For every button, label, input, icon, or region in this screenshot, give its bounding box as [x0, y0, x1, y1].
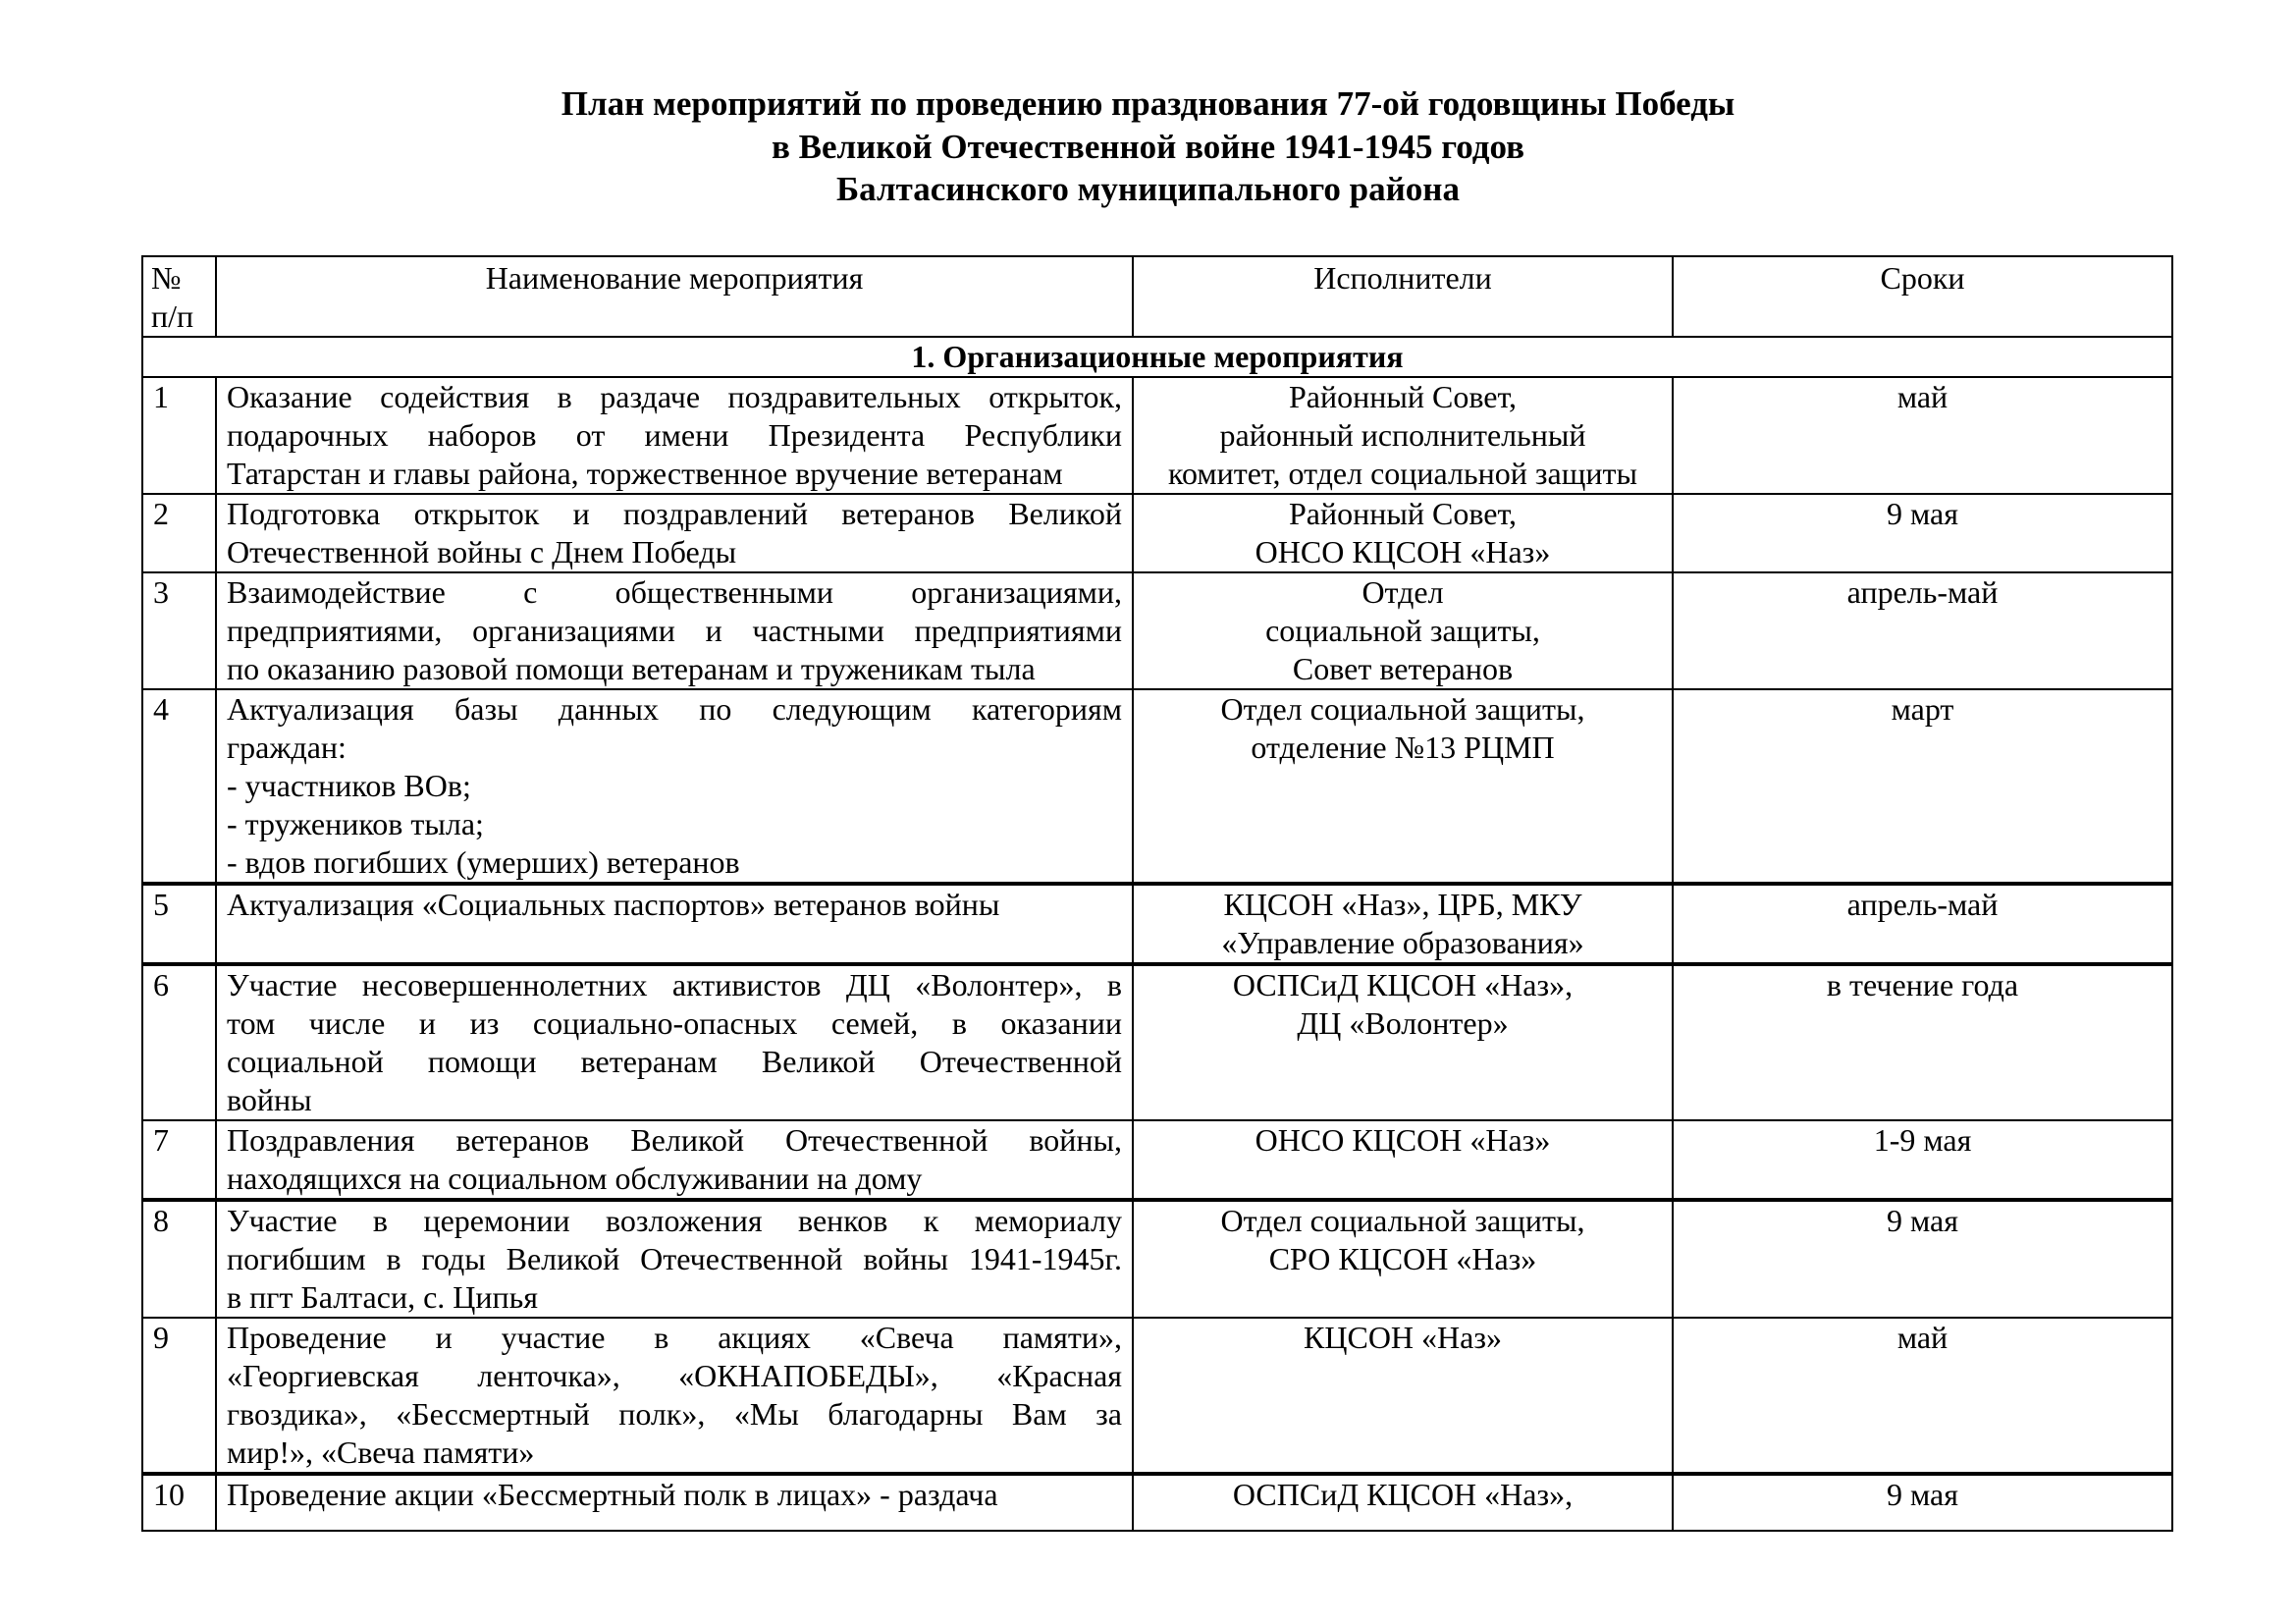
section-row: 1. Организационные мероприятия [142, 337, 2172, 377]
event-name-line: - вдов погибших (умерших) ветеранов [227, 843, 1122, 882]
event-name-line: Поздравления ветеранов Великой Отечестве… [227, 1121, 1122, 1160]
event-name-line: Взаимодействие с общественными организац… [227, 573, 1122, 612]
executor-line: КЦСОН «Наз» [1144, 1319, 1662, 1357]
event-name-line: Проведение акции «Бессмертный полк в лиц… [227, 1476, 1122, 1514]
table-row: 4Актуализация базы данных по следующим к… [142, 689, 2172, 884]
table-row: 6Участие несовершеннолетних активистов Д… [142, 964, 2172, 1120]
event-name-line: Проведение и участие в акциях «Свеча пам… [227, 1319, 1122, 1357]
event-name-line: «Георгиевская ленточка», «ОКНАПОБЕДЫ», «… [227, 1357, 1122, 1395]
table-row: 7Поздравления ветеранов Великой Отечеств… [142, 1120, 2172, 1200]
event-name-cell: Участие несовершеннолетних активистов ДЦ… [216, 964, 1133, 1120]
executor-line: Отдел социальной защиты, [1144, 690, 1662, 729]
term-cell: 9 мая [1673, 1200, 2172, 1318]
event-name-line: Отечественной войны с Днем Победы [227, 533, 1122, 571]
event-name-line: том числе и из социально-опасных семей, … [227, 1004, 1122, 1043]
executor-line: КЦСОН «Наз», ЦРБ, МКУ [1144, 886, 1662, 924]
event-name-line: в пгт Балтаси, с. Ципья [227, 1278, 1122, 1317]
row-number: 6 [142, 964, 216, 1120]
section-title: 1. Организационные мероприятия [142, 337, 2172, 377]
executor-line: районный исполнительный [1144, 416, 1662, 455]
executor-line: Совет ветеранов [1144, 650, 1662, 688]
event-name-cell: Участие в церемонии возложения венков к … [216, 1200, 1133, 1318]
term-cell: 9 мая [1673, 494, 2172, 572]
event-name-line: Оказание содействия в раздаче поздравите… [227, 378, 1122, 416]
document-title-line-2: в Великой Отечественной войне 1941-1945 … [0, 126, 2296, 169]
event-name-line: подарочных наборов от имени Президента Р… [227, 416, 1122, 455]
executor-line: Районный Совет, [1144, 495, 1662, 533]
event-name-cell: Поздравления ветеранов Великой Отечестве… [216, 1120, 1133, 1200]
table-row: 9Проведение и участие в акциях «Свеча па… [142, 1318, 2172, 1474]
executors-cell: КЦСОН «Наз», ЦРБ, МКУ«Управление образов… [1133, 884, 1673, 964]
executors-cell: ОСПСиД КЦСОН «Наз», [1133, 1474, 1673, 1531]
executor-line: Отдел социальной защиты, [1144, 1202, 1662, 1240]
document-title-line-3: Балтасинского муниципального района [0, 168, 2296, 211]
executors-cell: Районный Совет,районный исполнительныйко… [1133, 377, 1673, 494]
event-name-line: войны [227, 1081, 1122, 1119]
event-name-line: погибшим в годы Великой Отечественной во… [227, 1240, 1122, 1278]
executors-cell: Районный Совет,ОНСО КЦСОН «Наз» [1133, 494, 1673, 572]
event-name-line: социальной помощи ветеранам Великой Отеч… [227, 1043, 1122, 1081]
executors-cell: Отдел социальной защиты,отделение №13 РЦ… [1133, 689, 1673, 884]
executors-cell: КЦСОН «Наз» [1133, 1318, 1673, 1474]
executors-cell: Отделсоциальной защиты,Совет ветеранов [1133, 572, 1673, 689]
event-name-cell: Актуализация базы данных по следующим ка… [216, 689, 1133, 884]
header-executors: Исполнители [1133, 256, 1673, 337]
table-row: 2Подготовка открыток и поздравлений вете… [142, 494, 2172, 572]
row-number: 8 [142, 1200, 216, 1318]
term-cell: май [1673, 377, 2172, 494]
header-event-name: Наименование мероприятия [216, 256, 1133, 337]
event-name-cell: Взаимодействие с общественными организац… [216, 572, 1133, 689]
executor-line: Отдел [1144, 573, 1662, 612]
event-name-line: находящихся на социальном обслуживании н… [227, 1160, 1122, 1198]
table-row: 3Взаимодействие с общественными организа… [142, 572, 2172, 689]
event-name-cell: Подготовка открыток и поздравлений ветер… [216, 494, 1133, 572]
row-number: 7 [142, 1120, 216, 1200]
row-number: 10 [142, 1474, 216, 1531]
events-plan-table: № п/п Наименование мероприятия Исполните… [141, 255, 2173, 1532]
term-cell: апрель-май [1673, 884, 2172, 964]
event-name-line: Участие в церемонии возложения венков к … [227, 1202, 1122, 1240]
table-row: 5Актуализация «Социальных паспортов» вет… [142, 884, 2172, 964]
event-name-cell: Проведение и участие в акциях «Свеча пам… [216, 1318, 1133, 1474]
event-name-line: Татарстан и главы района, торжественное … [227, 455, 1122, 493]
event-name-line: Актуализация базы данных по следующим ка… [227, 690, 1122, 729]
executor-line: СРО КЦСОН «Наз» [1144, 1240, 1662, 1278]
event-name-line: предприятиями, организациями и частными … [227, 612, 1122, 650]
header-number: № п/п [142, 256, 216, 337]
table-row: 1Оказание содействия в раздаче поздравит… [142, 377, 2172, 494]
event-name-line: гвоздика», «Бессмертный полк», «Мы благо… [227, 1395, 1122, 1434]
term-cell: март [1673, 689, 2172, 884]
executor-line: Районный Совет, [1144, 378, 1662, 416]
table-row: 8Участие в церемонии возложения венков к… [142, 1200, 2172, 1318]
event-name-line: Актуализация «Социальных паспортов» вете… [227, 886, 1122, 924]
header-terms: Сроки [1673, 256, 2172, 337]
term-cell: в течение года [1673, 964, 2172, 1120]
event-name-line: Участие несовершеннолетних активистов ДЦ… [227, 966, 1122, 1004]
table-header-row: № п/п Наименование мероприятия Исполните… [142, 256, 2172, 337]
term-cell: 9 мая [1673, 1474, 2172, 1531]
executor-line: ОНСО КЦСОН «Наз» [1144, 533, 1662, 571]
term-cell: апрель-май [1673, 572, 2172, 689]
term-cell: май [1673, 1318, 2172, 1474]
executors-cell: ОСПСиД КЦСОН «Наз»,ДЦ «Волонтер» [1133, 964, 1673, 1120]
row-number: 5 [142, 884, 216, 964]
executors-cell: Отдел социальной защиты,СРО КЦСОН «Наз» [1133, 1200, 1673, 1318]
executors-cell: ОНСО КЦСОН «Наз» [1133, 1120, 1673, 1200]
event-name-line: по оказанию разовой помощи ветеранам и т… [227, 650, 1122, 688]
event-name-line: Подготовка открыток и поздравлений ветер… [227, 495, 1122, 533]
executor-line: ДЦ «Волонтер» [1144, 1004, 1662, 1043]
document-title-line-1: План мероприятий по проведению празднова… [0, 82, 2296, 126]
event-name-line: мир!», «Свеча памяти» [227, 1434, 1122, 1472]
executor-line: ОСПСиД КЦСОН «Наз», [1144, 1476, 1662, 1514]
row-number: 3 [142, 572, 216, 689]
executor-line: ОСПСиД КЦСОН «Наз», [1144, 966, 1662, 1004]
row-number: 4 [142, 689, 216, 884]
event-name-line: - тружеников тыла; [227, 805, 1122, 843]
event-name-line: - участников ВОв; [227, 767, 1122, 805]
event-name-line: граждан: [227, 729, 1122, 767]
term-cell: 1-9 мая [1673, 1120, 2172, 1200]
row-number: 2 [142, 494, 216, 572]
row-number: 9 [142, 1318, 216, 1474]
executor-line: отделение №13 РЦМП [1144, 729, 1662, 767]
executor-line: ОНСО КЦСОН «Наз» [1144, 1121, 1662, 1160]
event-name-cell: Актуализация «Социальных паспортов» вете… [216, 884, 1133, 964]
event-name-cell: Оказание содействия в раздаче поздравите… [216, 377, 1133, 494]
row-number: 1 [142, 377, 216, 494]
event-name-cell: Проведение акции «Бессмертный полк в лиц… [216, 1474, 1133, 1531]
table-row: 10Проведение акции «Бессмертный полк в л… [142, 1474, 2172, 1531]
executor-line: комитет, отдел социальной защиты [1144, 455, 1662, 493]
executor-line: «Управление образования» [1144, 924, 1662, 962]
executor-line: социальной защиты, [1144, 612, 1662, 650]
